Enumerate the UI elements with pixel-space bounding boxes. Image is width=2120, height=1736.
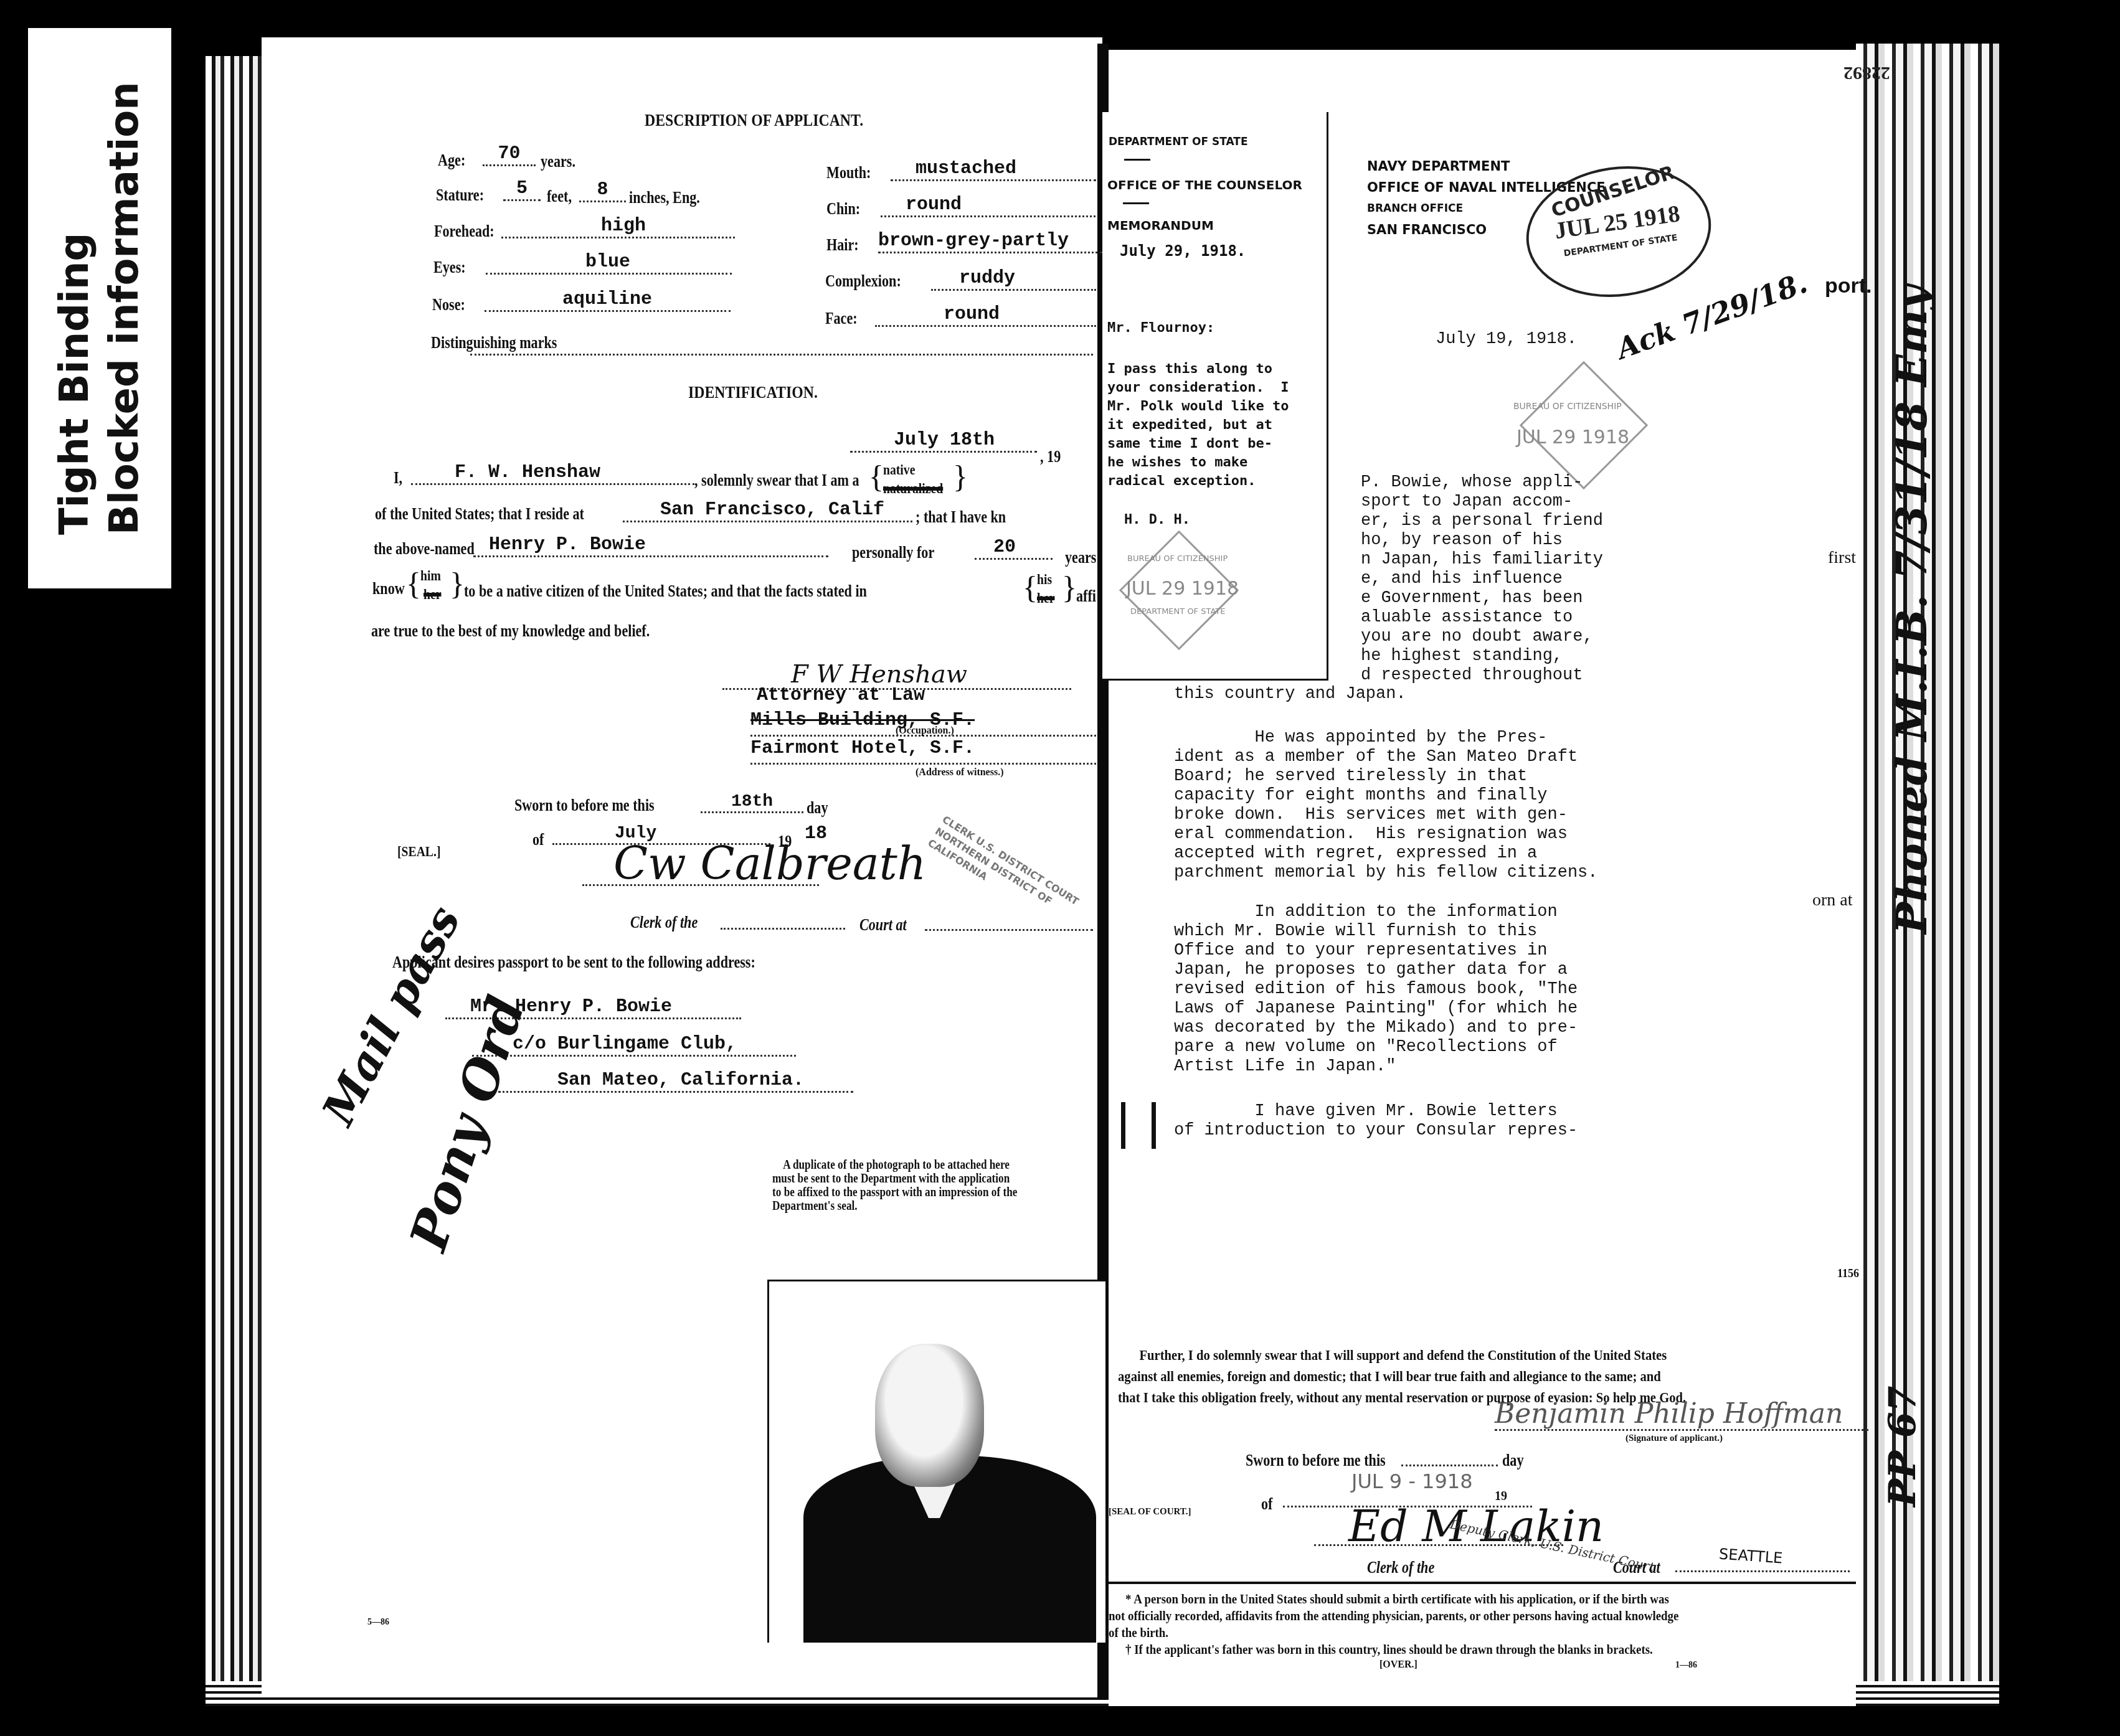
citizenship-stamp-left-bottom: DEPARTMENT OF STATE — [1130, 607, 1225, 616]
applicant-signature-caption: (Signature of applicant.) — [1625, 1433, 1723, 1444]
letter-p3-line: Laws of Japanese Painting" (for which he — [1174, 999, 1578, 1019]
chin-label: Chin: — [826, 199, 860, 219]
photo-head — [875, 1344, 984, 1487]
oath-line2: against all enemies, foreign and domesti… — [1118, 1366, 1686, 1387]
letter-p2-line: Board; he served tirelessly in that — [1174, 767, 1598, 786]
letter-p1-line: er, is a personal friend — [1361, 512, 1603, 531]
footnotes: * A person born in the United States sho… — [1109, 1591, 1678, 1658]
complexion-label: Complexion: — [825, 271, 901, 291]
letter-paragraph-3: In addition to the informationwhich Mr. … — [1174, 903, 1578, 1077]
clerk-court-line — [721, 928, 845, 930]
footnote-rule — [1109, 1582, 1856, 1584]
mouth-label: Mouth: — [826, 163, 871, 182]
stature-label: Stature: — [436, 186, 484, 205]
oath-court-line — [1675, 1570, 1850, 1572]
letter-p2-line: He was appointed by the Pres- — [1174, 729, 1598, 748]
letter-p3-line: which Mr. Bowie will furnish to this — [1174, 922, 1578, 941]
hair-value: brown-grey-partly — [878, 230, 1102, 253]
id-line3-prefix: the above-named — [374, 539, 475, 559]
court-at-label: Court at — [859, 915, 907, 935]
chin-value: round — [881, 194, 1095, 217]
oath-line1: Further, I do solemnly swear that I will… — [1118, 1345, 1686, 1366]
memo-body-line: I pass this along to — [1107, 360, 1289, 379]
letter-p3-line: Office and to your representatives in — [1174, 941, 1578, 961]
oath-sworn-prefix: Sworn to before me this — [1246, 1451, 1386, 1470]
letter-p2-line: capacity for eight months and finally — [1174, 786, 1598, 806]
letter-p3-line: Japan, he proposes to gather data for a — [1174, 961, 1578, 980]
nose-value: aquiline — [485, 289, 731, 312]
right-margin-handwriting: Phoned M.I.B. 7/31/18 Emy — [1887, 285, 1937, 934]
oath-seal-label: [SEAL OF COURT.] — [1109, 1507, 1191, 1517]
letter-p3-line: In addition to the information — [1174, 903, 1578, 922]
applicant-signature-line — [1495, 1429, 1868, 1431]
letter-paragraph-1-end: this country and Japan. — [1174, 685, 1406, 704]
underlay-first: first — [1828, 548, 1856, 568]
letter-p3-line: Artist Life in Japan." — [1174, 1057, 1578, 1077]
affidavit-brace-open: { — [1023, 572, 1038, 603]
photo-note-line3: to be affixed to the passport with an im… — [772, 1186, 1017, 1199]
footnote-over: [OVER.] — [1379, 1659, 1417, 1671]
memo-dept: DEPARTMENT OF STATE — [1109, 136, 1248, 148]
letter-p3-line: pare a new volume on "Recollections of — [1174, 1038, 1578, 1057]
memo-date: July 29, 1918. — [1120, 242, 1246, 260]
memo-body-line: radical exception. — [1107, 472, 1289, 491]
memo-rule — [1124, 159, 1150, 161]
underlay-form-number: 1156 — [1837, 1267, 1859, 1280]
memo-body-line: he wishes to make — [1107, 453, 1289, 472]
memo-body-line: your consideration. I — [1107, 379, 1289, 397]
witness-name: F. W. Henshaw — [411, 462, 694, 485]
footnote-line1: * A person born in the United States sho… — [1109, 1591, 1678, 1608]
hair-label: Hair: — [826, 235, 859, 255]
oath-sworn-suffix: day — [1502, 1451, 1523, 1470]
sworn-prefix: Sworn to before me this — [514, 796, 655, 815]
status-brace-open: { — [869, 461, 884, 492]
left-form-code: 5—86 — [367, 1618, 389, 1628]
photo-note-line1: A duplicate of the photograph to be atta… — [772, 1158, 1017, 1172]
citizenship-stamp-left-date: JUL 29 1918 — [1126, 578, 1239, 600]
letter-p2-line: accepted with regret, expressed in a — [1174, 844, 1598, 864]
address-line — [750, 763, 1096, 765]
face-label: Face: — [825, 309, 858, 328]
letter-p1-line: he highest standing, — [1361, 647, 1603, 666]
footnote-line3: of the birth. — [1109, 1625, 1678, 1641]
letter-p1-line: ho, by reason of his — [1361, 531, 1603, 550]
letter-p1-line: aluable assistance to — [1361, 608, 1603, 628]
right-margin-mark: PP 67 — [1881, 1385, 1924, 1507]
photo-note-line2: must be sent to the Department with the … — [772, 1172, 1017, 1186]
face-value: round — [875, 304, 1096, 327]
id-line2-prefix: of the United States; that I reside at — [375, 504, 584, 524]
id-line1-mid: , solemnly swear that I am a — [694, 471, 859, 490]
eyes-label: Eyes: — [433, 258, 466, 277]
distinguishing-value — [470, 341, 1093, 356]
status-native: native — [883, 462, 915, 479]
citizenship-stamp-right-date: JUL 29 1918 — [1517, 427, 1629, 448]
complexion-value: ruddy — [931, 268, 1096, 291]
memo-office: OFFICE OF THE COUNSELOR — [1107, 177, 1302, 192]
footnote-line4: † If the applicant's father was born in … — [1109, 1641, 1678, 1658]
applicant-name: Henry P. Bowie — [473, 534, 828, 557]
letter-p2-line: parchment memorial by his fellow citizen… — [1174, 864, 1598, 883]
letter-p1-line: d respected throughout — [1361, 666, 1603, 686]
court-at-line — [925, 929, 1093, 931]
pronoun-brace-close: } — [450, 568, 465, 599]
letter-p2-line: ident as a member of the San Mateo Draft — [1174, 748, 1598, 767]
citizenship-stamp-left-top: BUREAU OF CITIZENSHIP — [1127, 554, 1228, 564]
underlay-born: orn at — [1812, 890, 1853, 910]
years-known: 20 — [975, 537, 1053, 560]
witness-occupation: Attorney at Law — [757, 685, 925, 706]
feet-label: feet, — [547, 187, 572, 206]
id-line3-suffix: years — [1065, 548, 1096, 567]
counselor-memo: DEPARTMENT OF STATE OFFICE OF THE COUNSE… — [1102, 112, 1328, 681]
description-heading: DESCRIPTION OF APPLICANT. — [645, 111, 863, 131]
sticky-note-line2: Blocked information — [100, 82, 149, 535]
oath-of-label: of — [1261, 1494, 1272, 1514]
age-value: 70 — [483, 143, 536, 166]
oath-sworn-day-line — [1401, 1465, 1498, 1466]
underlay-port: port. — [1825, 274, 1872, 298]
memo-rule — [1123, 202, 1149, 204]
clerk-signature: Cw Calbreath — [613, 837, 926, 890]
identification-date-suffix: , 19 — [1040, 447, 1061, 466]
id-line4-mid: to be a native citizen of the United Sta… — [464, 582, 867, 601]
status-naturalized: naturalized — [883, 481, 943, 498]
occupation-caption: (Occupation.) — [896, 725, 954, 737]
pronoun-hers: her — [1037, 590, 1054, 607]
affidavit-brace-close: } — [1062, 572, 1077, 603]
nose-label: Nose: — [432, 295, 465, 314]
letter-paragraph-1: P. Bowie, whose appli-sport to Japan acc… — [1361, 473, 1603, 686]
memo-initials: H. D. H. — [1124, 511, 1190, 529]
sticky-note-line1: Tight Binding — [50, 82, 100, 535]
margin-tally-mark — [1121, 1102, 1156, 1149]
id-line4-suffix: affi — [1076, 587, 1096, 606]
sworn-day: 18th — [701, 792, 803, 813]
photo-note: A duplicate of the photograph to be atta… — [772, 1158, 1017, 1213]
letter-p3-line: revised edition of his famous book, "The — [1174, 980, 1578, 999]
letter-paragraph-2: He was appointed by the Pres-ident as a … — [1174, 729, 1598, 883]
sworn-of: of — [532, 830, 544, 849]
clerk-signature-line — [582, 884, 819, 886]
photo-note-line4: Department's seal. — [772, 1199, 1017, 1213]
mouth-value: mustached — [891, 158, 1096, 181]
page-stack-left — [206, 56, 262, 1687]
applicant-signature: Benjamin Philip Hoffman — [1495, 1398, 1843, 1430]
witness-address: Fairmont Hotel, S.F. — [750, 738, 975, 759]
letter-header-line1: NAVY DEPARTMENT — [1367, 156, 1606, 177]
witness-residence: San Francisco, Calif — [623, 499, 912, 522]
stature-feet-value: 5 — [503, 178, 541, 201]
letter-p1-line: you are no doubt aware, — [1361, 628, 1603, 647]
id-line4-prefix: know — [372, 579, 405, 598]
citizenship-stamp-right-top: BUREAU OF CITIZENSHIP — [1513, 402, 1622, 412]
id-line1-prefix: I, — [394, 468, 402, 488]
eyes-value: blue — [486, 252, 732, 275]
forehead-label: Forehead: — [434, 222, 495, 241]
oath-clerk-of-label: Clerk of the — [1367, 1558, 1434, 1577]
memo-body: I pass this along toyour consideration. … — [1107, 360, 1289, 491]
pronoun-her: her — [424, 587, 441, 603]
sworn-day-suffix: day — [807, 798, 828, 818]
sticky-note: Tight Binding Blocked information — [28, 28, 171, 588]
age-label: Age: — [438, 151, 465, 170]
oath-court-at-label: Court at — [1613, 1558, 1660, 1577]
letter-p1-line: n Japan, his familiarity — [1361, 550, 1603, 570]
identification-date: July 18th — [850, 430, 1037, 453]
applicant-photo — [767, 1280, 1105, 1643]
memo-salutation: Mr. Flournoy: — [1107, 319, 1214, 337]
seal-label: [SEAL.] — [397, 844, 440, 861]
forehead-value: high — [501, 215, 735, 238]
letter-p1-line: e, and his influence — [1361, 570, 1603, 589]
letter-p4-line: of introduction to your Consular repres- — [1174, 1121, 1578, 1141]
letter-p4-line: I have given Mr. Bowie letters — [1174, 1102, 1578, 1121]
stature-inches-value: 8 — [579, 179, 626, 202]
page-number: 22892 — [1843, 62, 1890, 83]
memo-body-line: Mr. Polk would like to — [1107, 397, 1289, 416]
id-line3-mid: personally for — [852, 543, 934, 562]
letter-p2-line: broke down. His services met with gen- — [1174, 806, 1598, 825]
letter-p1-line: P. Bowie, whose appli- — [1361, 473, 1603, 493]
identification-heading: IDENTIFICATION. — [688, 383, 818, 403]
inches-label: inches, Eng. — [629, 188, 700, 207]
id-line5: are true to the best of my knowledge and… — [371, 621, 650, 641]
pronoun-brace-open: { — [406, 568, 421, 599]
memo-type: MEMORANDUM — [1107, 218, 1214, 233]
address-caption: (Address of witness.) — [916, 767, 1003, 778]
memo-body-line: it expedited, but at — [1107, 416, 1289, 435]
footnote-code: 1—86 — [1675, 1661, 1697, 1671]
oath-date-stamp: JUL 9 - 1918 — [1351, 1469, 1473, 1493]
memo-body-line: same time I dont be- — [1107, 435, 1289, 453]
letter-p1-line: sport to Japan accom- — [1361, 493, 1603, 512]
status-brace-close: } — [953, 461, 968, 492]
letter-p1-line: e Government, has been — [1361, 589, 1603, 608]
id-line2-suffix: ; that I have kn — [916, 507, 1006, 527]
age-suffix: years. — [541, 152, 575, 171]
letter-p3-line: was decorated by the Mikado) and to pre- — [1174, 1019, 1578, 1038]
letter-paragraph-4: I have given Mr. Bowie lettersof introdu… — [1174, 1102, 1578, 1141]
clerk-of-label: Clerk of the — [630, 913, 698, 932]
letter-date: July 19, 1918. — [1436, 330, 1577, 349]
pronoun-his: his — [1037, 572, 1052, 588]
letter-p2-line: eral commendation. His resignation was — [1174, 825, 1598, 844]
pronoun-him: him — [420, 568, 441, 585]
mailing-line3: San Mateo, California. — [498, 1070, 853, 1093]
citizenship-stamp-right: BUREAU OF CITIZENSHIP JUL 29 1918 — [1476, 399, 1682, 486]
footnote-line2: not officially recorded, affidavits from… — [1109, 1608, 1678, 1625]
